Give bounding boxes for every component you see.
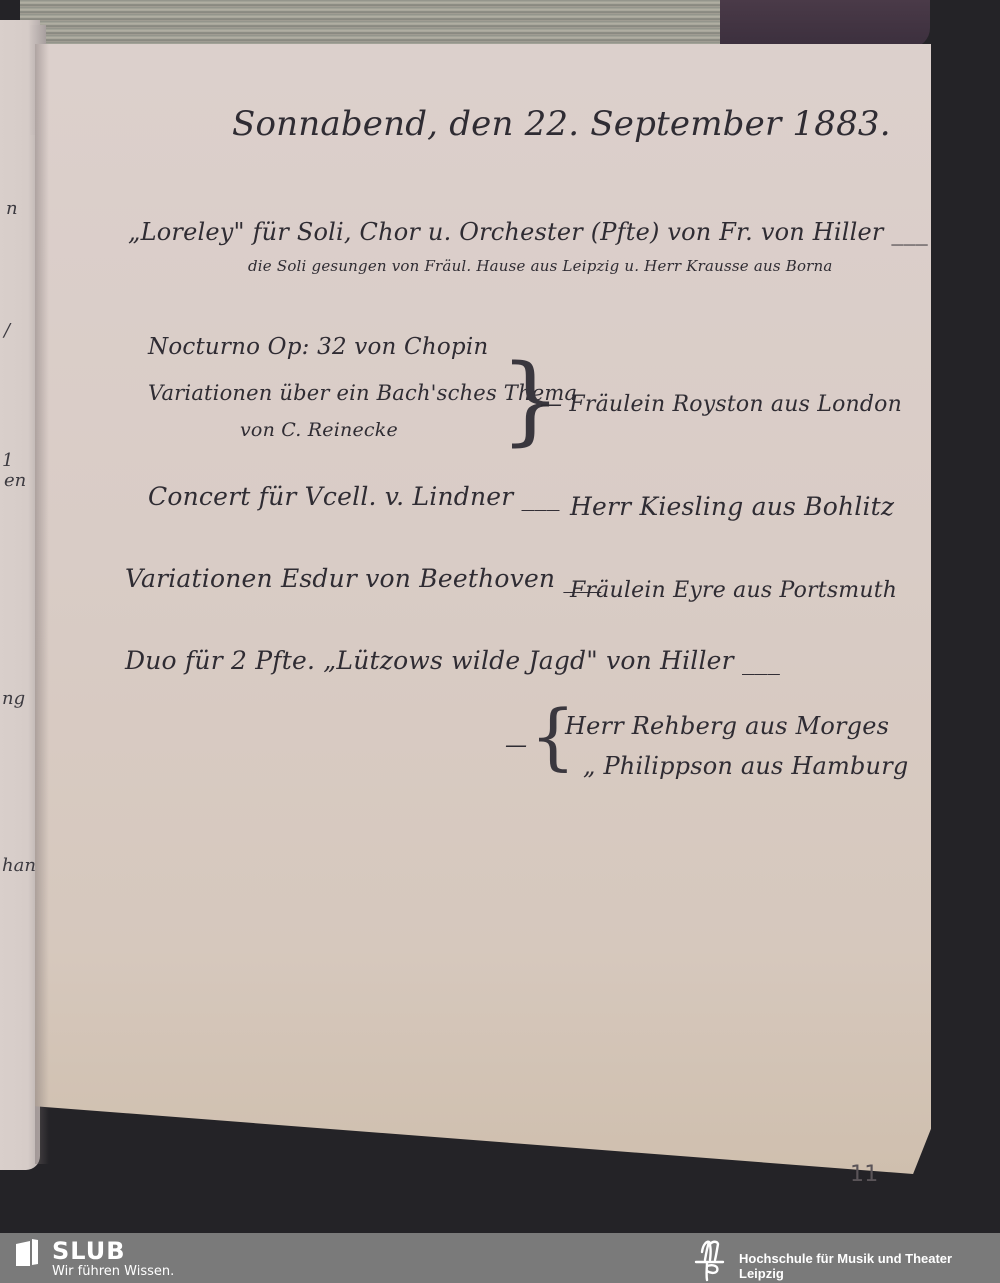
partner-institution-name[interactable]: Hochschule für Musik und Theater Leipzig	[739, 1251, 1000, 1281]
program-item-performer: Herr Kiesling aus Bohlitz	[570, 492, 894, 521]
hmt-monogram-icon[interactable]	[693, 1238, 727, 1282]
program-item-work: Duo für 2 Pfte. „Lützows wilde Jagd" von…	[125, 646, 780, 675]
footer-bar: SLUB Wir führen Wissen. Hochschule für M…	[0, 1233, 1000, 1283]
program-item-performer: — Fräulein Royston aus London	[540, 392, 902, 417]
program-item-work: Variationen Esdur von Beethoven ___	[125, 564, 601, 593]
slub-book-icon[interactable]	[14, 1238, 40, 1268]
page-heading-date: Sonnabend, den 22. September 1883.	[232, 104, 891, 144]
program-item-work: Concert für Vcell. v. Lindner ___	[148, 482, 560, 511]
page-stack-edge	[20, 0, 720, 44]
program-item-performer: „ Philippson aus Hamburg	[583, 752, 908, 780]
program-item-note: die Soli gesungen von Fräul. Hause aus L…	[248, 257, 833, 275]
performer-dash: —	[505, 733, 527, 758]
program-item-work: Nocturno Op: 32 von Chopin	[148, 334, 488, 360]
facing-page-text-fragment: ng	[2, 688, 25, 709]
slub-tagline: Wir führen Wissen.	[52, 1264, 174, 1279]
slub-logo-text[interactable]: SLUB	[52, 1237, 126, 1265]
page-number: 11	[850, 1162, 878, 1187]
program-item-performer: Fräulein Eyre aus Portsmuth	[570, 578, 897, 603]
program-item-work: „Loreley" für Soli, Chor u. Orchester (P…	[128, 218, 928, 246]
program-item-performer: Herr Rehberg aus Morges	[565, 712, 889, 740]
facing-page-text-fragment: en	[4, 470, 26, 491]
gutter-shadow	[35, 44, 49, 1164]
program-item-composer: von C. Reinecke	[240, 419, 398, 441]
facing-page-text-fragment: han	[2, 855, 36, 876]
facing-page-left	[0, 20, 40, 1170]
facing-page-text-fragment: 1	[2, 450, 13, 471]
manuscript-page	[35, 44, 931, 1174]
manuscript-scan: n / 1 en ng han Sonnabend, den 22. Septe…	[0, 0, 1000, 1233]
facing-page-text-fragment: n	[6, 198, 18, 219]
facing-page-text-fragment: /	[4, 320, 10, 341]
